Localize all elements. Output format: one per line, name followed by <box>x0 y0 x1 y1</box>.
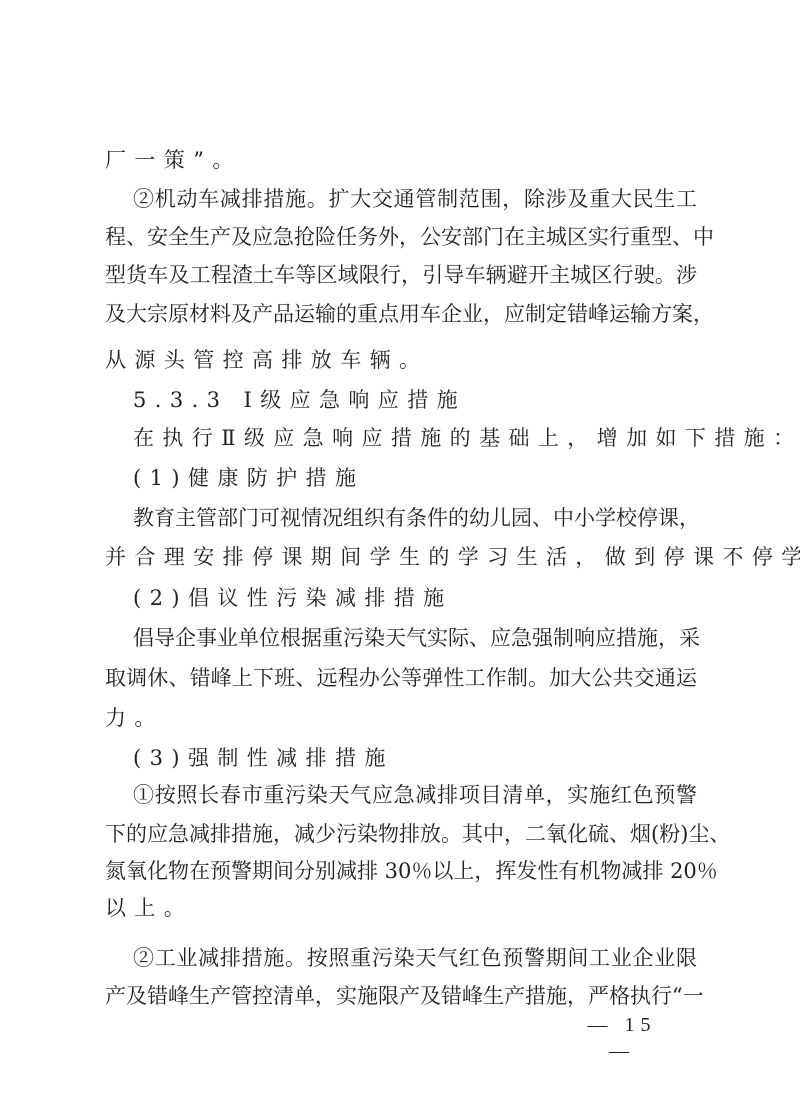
text-line: 程、安全生产及应急抢险任务外，公安部门在主城区实行重型、中 <box>105 222 697 252</box>
text-line: 从源头管控高排放车辆。 <box>105 345 697 375</box>
text-line: 型货车及工程渣土车等区域限行，引导车辆避开主城区行驶。涉 <box>105 260 697 290</box>
text-line: ①按照长春市重污染天气应急减排项目清单，实施红色预警 <box>133 780 697 810</box>
text-line: 5.3.3 Ⅰ级应急响应措施 <box>133 385 725 415</box>
text-line: 并合理安排停课期间学生的学习生活，做到停课不停学。 <box>105 542 697 572</box>
page-number: — 15 — <box>572 1012 672 1064</box>
text-line: 氮氧化物在预警期间分别减排 30％以上，挥发性有机物减排 20％ <box>105 856 697 886</box>
text-line: 教育主管部门可视情况组织有条件的幼儿园、中小学校停课， <box>133 503 697 533</box>
text-line: 以上。 <box>105 893 697 923</box>
text-line: 力。 <box>105 703 697 733</box>
text-line: (2)倡议性污染减排措施 <box>133 583 725 613</box>
text-line: 及大宗原材料及产品运输的重点用车企业，应制定错峰运输方案， <box>105 299 697 329</box>
text-line: 取调休、错峰上下班、远程办公等弹性工作制。加大公共交通运 <box>105 663 697 693</box>
text-line: 在执行Ⅱ级应急响应措施的基础上，增加如下措施： <box>133 423 725 453</box>
text-line: ②机动车减排措施。扩大交通管制范围，除涉及重大民生工 <box>133 184 697 214</box>
text-line: 产及错峰生产管控清单，实施限产及错峰生产措施，严格执行“一 <box>105 981 697 1011</box>
document-page: 厂一策”。②机动车减排措施。扩大交通管制范围，除涉及重大民生工程、安全生产及应急… <box>0 0 800 1113</box>
text-line: (3)强制性减排措施 <box>133 743 725 773</box>
text-line: 下的应急减排措施，减少污染物排放。其中，二氧化硫、烟(粉)尘、 <box>105 819 697 849</box>
text-line: 厂一策”。 <box>105 145 697 175</box>
text-line: (1)健康防护措施 <box>133 463 725 493</box>
text-line: ②工业减排措施。按照重污染天气红色预警期间工业企业限 <box>133 943 697 973</box>
text-line: 倡导企事业单位根据重污染天气实际、应急强制响应措施，采 <box>133 623 697 653</box>
